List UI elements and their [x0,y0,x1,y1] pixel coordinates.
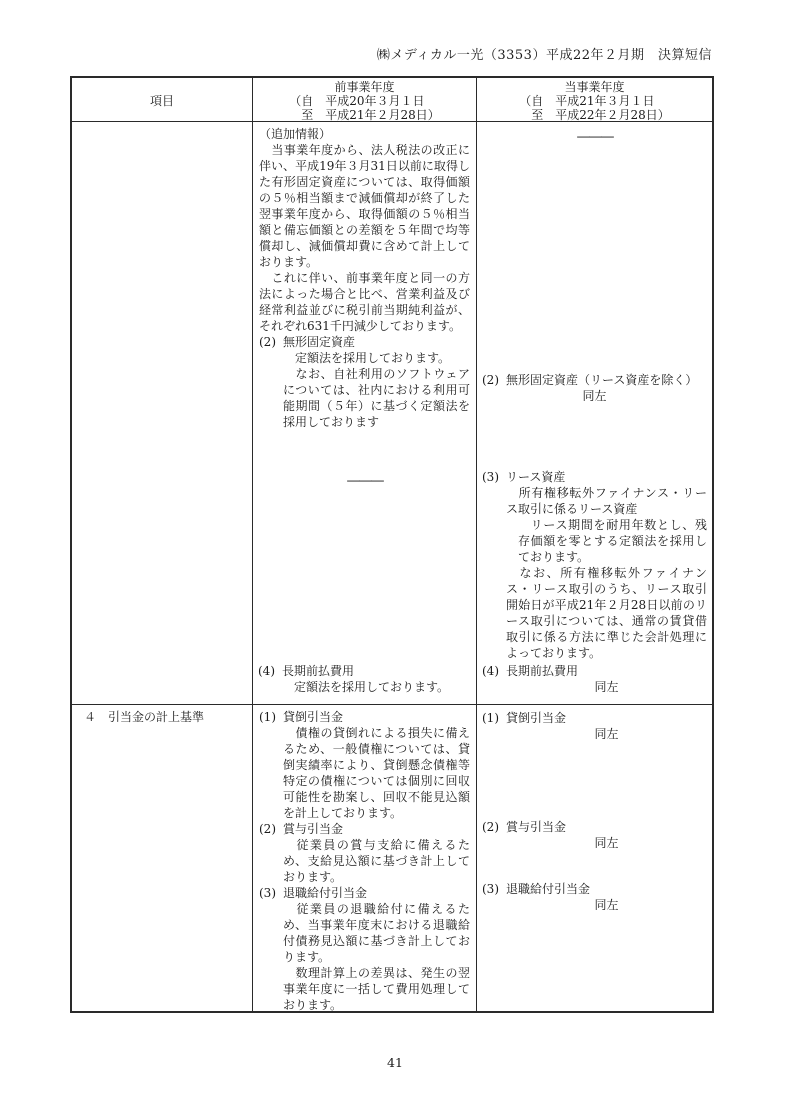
curr-lease-assets-item: (3) リース資産 所有権移転外ファイナンス・リース取引に係るリース資産 リース… [482,469,707,661]
curr-retirement-benefit-item: (3) 退職給付引当金 同左 [482,881,707,913]
prev-bonus-provision-text: 従業員の賞与支給に備えるため、支給見込額に基づき計上しております。 [283,837,470,885]
curr-retirement-benefit-num: (3) [482,881,506,897]
prev-longterm-prepaid-item: (4) 長期前払費用 定額法を採用しております。 [258,663,471,695]
curr-longterm-prepaid-same-as-left: 同左 [506,679,707,695]
curr-bonus-provision-title: 賞与引当金 [506,819,707,835]
page-number: 41 [0,1055,790,1070]
header-cell-current-year: 当事業年度 （自 平成21年３月１日 至 平成22年２月28日） [477,78,712,122]
curr-intangible-assets-body: 無形固定資産（リース資産を除く） [506,372,707,388]
curr-bonus-provision-num: (2) [482,819,506,835]
current-year-from: （自 平成21年３月１日 [519,94,654,108]
header-item-label: 項目 [150,94,174,108]
prev-intangible-assets-body: 無形固定資産 定額法を採用しております。 なお、自社利用のソフトウェアについては… [283,334,470,430]
prev-doubtful-accounts-text: 債権の貸倒れによる損失に備えるため、一般債権については、貸倒実績率により、貸倒懸… [283,725,470,821]
prev-intangible-assets-text2: なお、自社利用のソフトウェアについては、社内における利用可能期間（５年）に基づく… [283,366,470,430]
curr-bonus-provision-same-as-left: 同左 [506,835,707,851]
prev-intangible-assets-title: 無形固定資産 [283,334,470,350]
prev-retirement-benefit-title: 退職給付引当金 [283,885,470,901]
document-page: ㈱メディカル一光（3353）平成22年２月期 決算短信 項目 前事業年度 （自 … [0,0,790,1118]
prev-intangible-assets-num: (2) [259,334,283,350]
curr-lease-assets-title: リース資産 [506,469,707,485]
row2-prev-flow: (1) 貸倒引当金 債権の貸倒れによる損失に備えるため、一般債権については、貸倒… [253,705,476,1013]
row2-item-cell: ４ 引当金の計上基準 [72,705,253,1011]
prev-retirement-benefit-item: (3) 退職給付引当金 従業員の退職給付に備えるため、当事業年度末における退職給… [259,885,470,1013]
current-year-to: 至 平成22年２月28日） [519,108,670,122]
prev-retirement-benefit-text1: 従業員の退職給付に備えるため、当事業年度末における退職給付債務見込額に基づき計上… [283,901,470,965]
curr-doubtful-accounts-item: (1) 貸倒引当金 同左 [482,710,707,742]
row2-previous-year-cell: (1) 貸倒引当金 債権の貸倒れによる損失に備えるため、一般債権については、貸倒… [253,705,477,1011]
prev-doubtful-accounts-title: 貸倒引当金 [283,709,470,725]
curr-lease-assets-num: (3) [482,469,506,485]
prev-bonus-provision-title: 賞与引当金 [283,821,470,837]
curr-doubtful-accounts-same-as-left: 同左 [506,726,707,742]
additional-info-para2: これに伴い、前事業年度と同一の方法によった場合と比べ、営業利益及び経常利益並びに… [259,270,470,334]
curr-longterm-prepaid-title: 長期前払費用 [506,663,707,679]
provisions-section-label: ４ 引当金の計上基準 [84,710,204,724]
row1-item-cell [72,122,253,705]
none-dash: ——— [258,474,471,488]
prev-bonus-provision-body: 賞与引当金 従業員の賞与支給に備えるため、支給見込額に基づき計上しております。 [283,821,470,885]
prev-longterm-prepaid-body: 長期前払費用 定額法を採用しております。 [282,663,471,695]
curr-doubtful-accounts-body: 貸倒引当金 同左 [506,710,707,742]
header-cell-item: 項目 [72,78,253,122]
current-year-range: （自 平成21年３月１日 至 平成22年２月28日） [519,94,670,122]
curr-bonus-provision-item: (2) 賞与引当金 同左 [482,819,707,851]
additional-info-label: （追加情報） [259,126,470,142]
curr-intangible-assets-num: (2) [482,372,506,388]
previous-year-range: （自 平成20年３月１日 至 平成21年２月28日） [289,94,440,122]
document-header-title: ㈱メディカル一光（3353）平成22年２月期 決算短信 [377,44,712,63]
prev-bonus-provision-item: (2) 賞与引当金 従業員の賞与支給に備えるため、支給見込額に基づき計上しており… [259,821,470,885]
prev-doubtful-accounts-body: 貸倒引当金 債権の貸倒れによる損失に備えるため、一般債権については、貸倒実績率に… [283,709,470,821]
row1-previous-year-cell: （追加情報） 当事業年度から、法人税法の改正に伴い、平成19年３月31日以前に取… [253,122,477,705]
row2-current-year-cell: (1) 貸倒引当金 同左 (2) 賞与引当金 同左 (3) 退職給付引当金 同左 [477,705,712,1011]
curr-doubtful-accounts-title: 貸倒引当金 [506,710,707,726]
curr-longterm-prepaid-item: (4) 長期前払費用 同左 [482,663,707,695]
curr-longterm-prepaid-num: (4) [482,663,506,679]
prev-retirement-benefit-text2: 数理計算上の差異は、発生の翌事業年度に一括して費用処理しております。 [283,965,470,1013]
curr-retirement-benefit-body: 退職給付引当金 同左 [506,881,707,913]
prev-intangible-assets-text1: 定額法を採用しております。 [283,350,470,366]
prev-longterm-prepaid-text: 定額法を採用しております。 [282,679,471,695]
curr-longterm-prepaid-body: 長期前払費用 同左 [506,663,707,695]
row1-current-year-cell: ——— (2) 無形固定資産（リース資産を除く） 同左 (3) リース資産 所有… [477,122,712,705]
prev-longterm-prepaid-num: (4) [258,663,282,679]
prev-longterm-prepaid-title: 長期前払費用 [282,663,471,679]
curr-intangible-assets-title: 無形固定資産（リース資産を除く） [506,372,707,388]
curr-intangible-assets-same-as-left: 同左 [482,388,707,404]
curr-retirement-benefit-title: 退職給付引当金 [506,881,707,897]
curr-lease-assets-text2: リース期間を耐用年数とし、残存価額を零とする定額法を採用しております。 [518,517,707,565]
curr-lease-assets-text3: なお、所有権移転外ファイナンス・リース取引のうち、リース取引開始日が平成21年２… [506,565,707,661]
curr-intangible-assets-item: (2) 無形固定資産（リース資産を除く） [482,372,707,388]
accounting-policies-table: 項目 前事業年度 （自 平成20年３月１日 至 平成21年２月28日） 当事業年… [70,76,714,1013]
curr-lease-assets-body: リース資産 所有権移転外ファイナンス・リース取引に係るリース資産 リース期間を耐… [506,469,707,661]
prev-intangible-assets-item: (2) 無形固定資産 定額法を採用しております。 なお、自社利用のソフトウェアに… [259,334,470,430]
curr-doubtful-accounts-num: (1) [482,710,506,726]
current-year-title: 当事業年度 [477,80,712,94]
additional-info-para1: 当事業年度から、法人税法の改正に伴い、平成19年３月31日以前に取得した有形固定… [259,142,470,270]
none-dash: ——— [482,130,707,144]
prev-doubtful-accounts-item: (1) 貸倒引当金 債権の貸倒れによる損失に備えるため、一般債権については、貸倒… [259,709,470,821]
header-cell-previous-year: 前事業年度 （自 平成20年３月１日 至 平成21年２月28日） [253,78,477,122]
prev-retirement-benefit-num: (3) [259,885,283,901]
curr-retirement-benefit-same-as-left: 同左 [506,897,707,913]
prev-bonus-provision-num: (2) [259,821,283,837]
previous-year-title: 前事業年度 [253,80,476,94]
curr-bonus-provision-body: 賞与引当金 同左 [506,819,707,851]
curr-lease-assets-text1: 所有権移転外ファイナンス・リース取引に係るリース資産 [506,485,707,517]
previous-year-from: （自 平成20年３月１日 [289,94,424,108]
previous-year-to: 至 平成21年２月28日） [289,108,440,122]
row1-prev-flow: （追加情報） 当事業年度から、法人税法の改正に伴い、平成19年３月31日以前に取… [253,122,476,430]
prev-doubtful-accounts-num: (1) [259,709,283,725]
prev-retirement-benefit-body: 退職給付引当金 従業員の退職給付に備えるため、当事業年度末における退職給付債務見… [283,885,470,1013]
